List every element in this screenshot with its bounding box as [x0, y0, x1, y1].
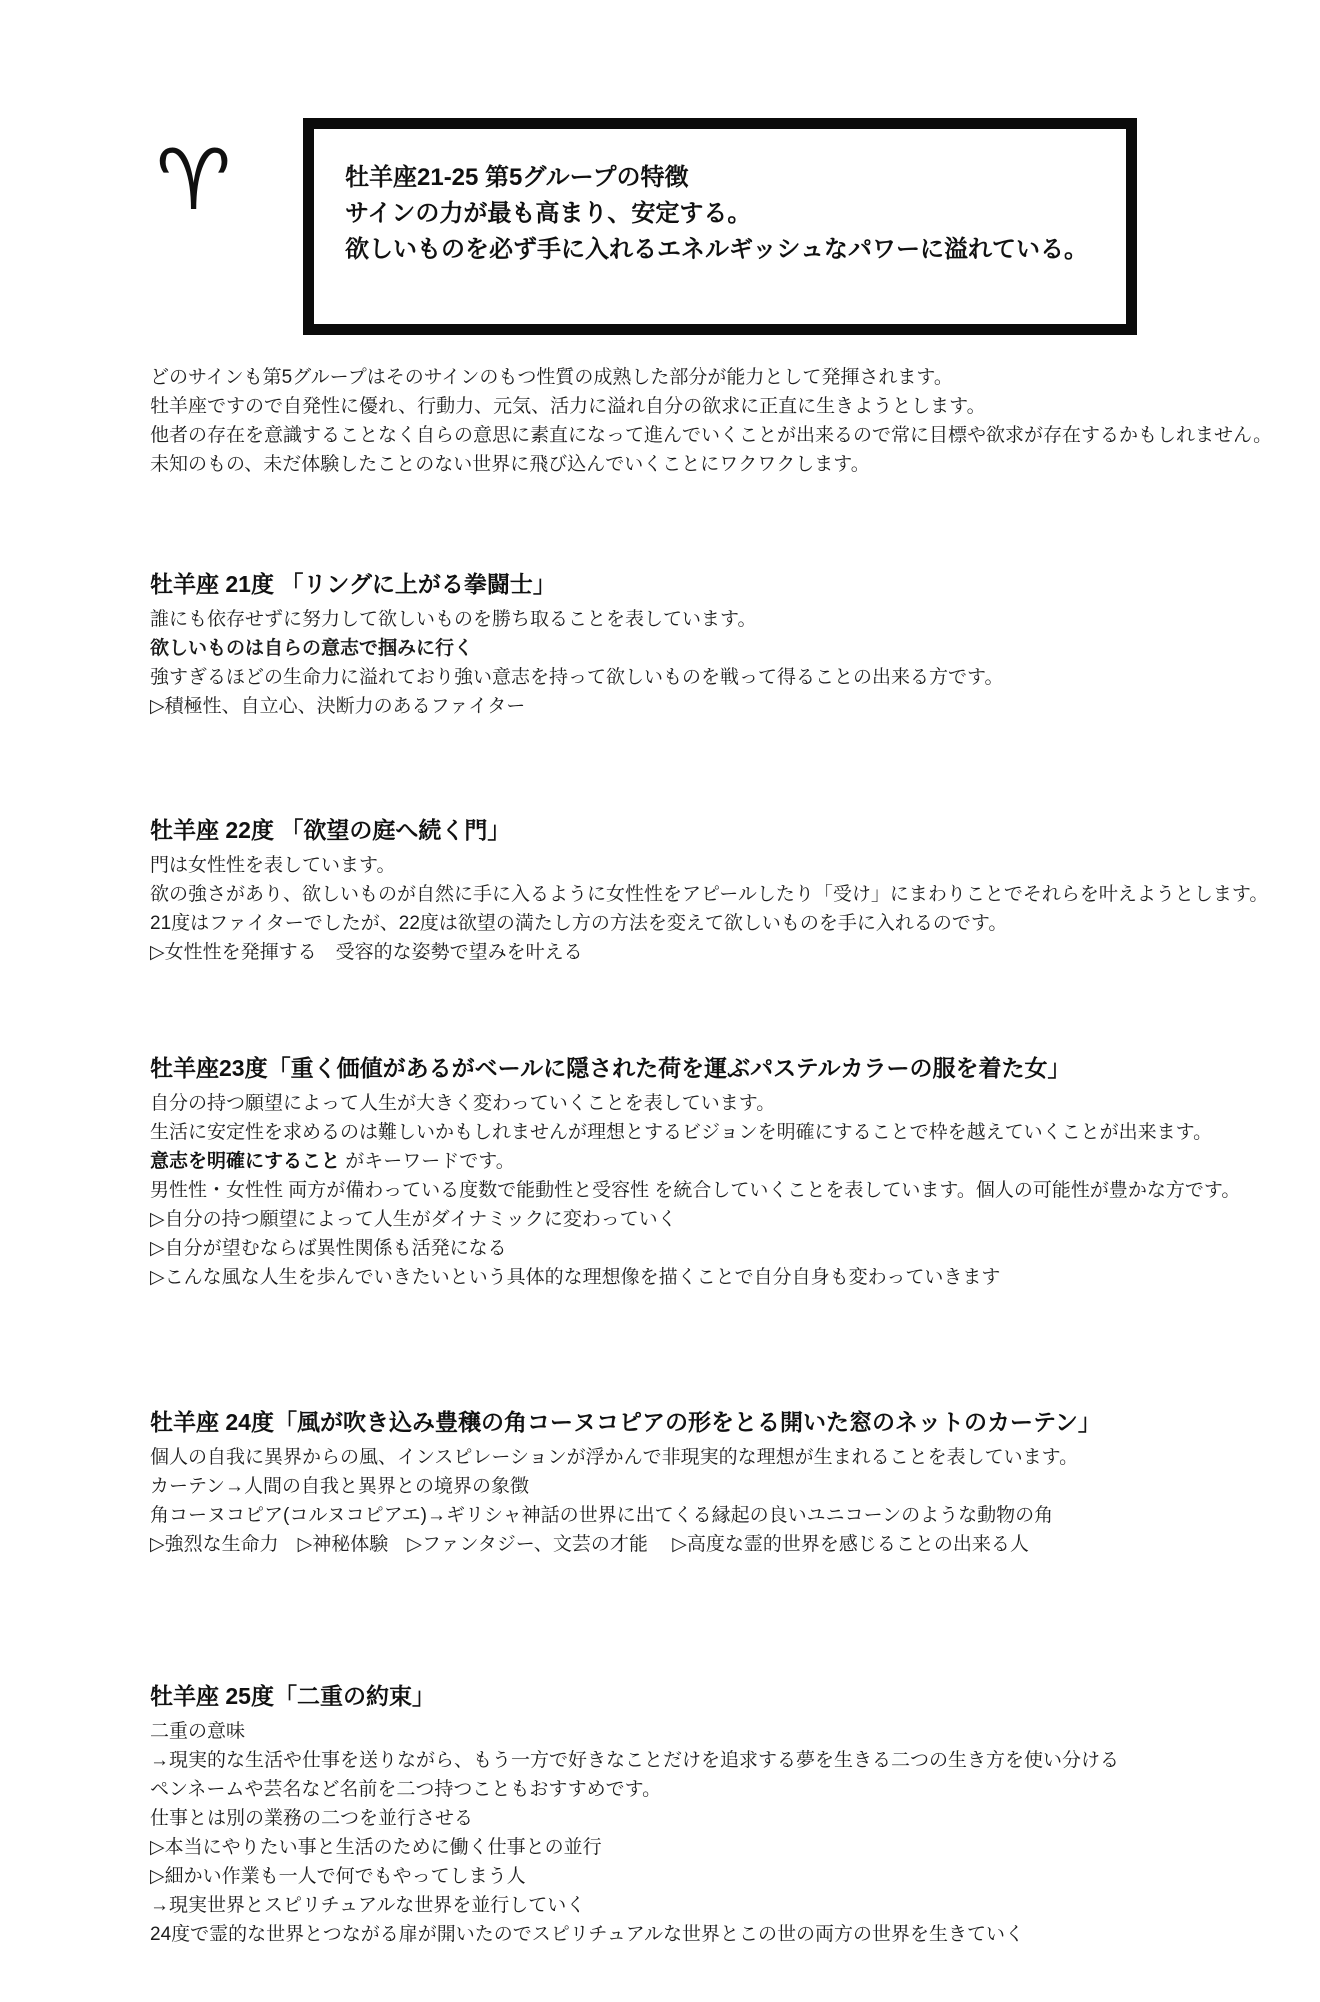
- section-line-bold: 欲しいものは自らの意志で掴みに行く: [150, 634, 1003, 663]
- keyword-bold-text: 意志を明確にすること: [150, 1151, 340, 1172]
- section-aries-25: 牡羊座 25度「二重の約束」 二重の意味 →現実的な生活や仕事を送りながら、もう…: [150, 1682, 1119, 1949]
- section-line: ▷自分の持つ願望によって人生がダイナミックに変わっていく: [150, 1205, 1240, 1234]
- aries-icon: ♈: [156, 138, 231, 222]
- section-line: 強すぎるほどの生命力に溢れており強い意志を持って欲しいものを戦って得ることの出来…: [150, 663, 1003, 692]
- section-aries-22: 牡羊座 22度 「欲望の庭へ続く門」 門は女性性を表しています。 欲の強さがあり…: [150, 816, 1268, 967]
- section-heading: 牡羊座 24度「風が吹き込み豊穣の角コーヌコピアの形をとる開いた窓のネットのカー…: [150, 1408, 1101, 1437]
- section-line-mixed: 意志を明確にすること がキーワードです。: [150, 1147, 1240, 1176]
- intro-line: 牡羊座ですので自発性に優れ、行動力、元気、活力に溢れ自分の欲求に正直に生きようと…: [150, 392, 1272, 421]
- section-line: ▷積極性、自立心、決断力のあるファイター: [150, 692, 1003, 721]
- section-line: カーテン→人間の自我と異界との境界の象徴: [150, 1472, 1101, 1501]
- section-line: 生活に安定性を求めるのは難しいかもしれませんが理想とするビジョンを明確にすること…: [150, 1118, 1240, 1147]
- section-line: 24度で霊的な世界とつながる扉が開いたのでスピリチュアルな世界とこの世の両方の世…: [150, 1920, 1119, 1949]
- section-aries-24: 牡羊座 24度「風が吹き込み豊穣の角コーヌコピアの形をとる開いた窓のネットのカー…: [150, 1408, 1101, 1559]
- section-line: 男性性・女性性 両方が備わっている度数で能動性と受容性 を統合していくことを表し…: [150, 1176, 1240, 1205]
- header-line: 欲しいものを必ず手に入れるエネルギッシュなパワーに溢れている。: [345, 232, 1116, 268]
- section-line: ペンネームや芸名など名前を二つ持つこともおすすめです。: [150, 1775, 1119, 1804]
- section-line: →現実的な生活や仕事を送りながら、もう一方で好きなことだけを追求する夢を生きる二…: [150, 1746, 1119, 1775]
- header-line: サインの力が最も高まり、安定する。: [345, 196, 1116, 232]
- section-heading: 牡羊座 25度「二重の約束」: [150, 1682, 1119, 1711]
- section-line: 欲の強さがあり、欲しいものが自然に手に入るように女性性をアピールしたり「受け」に…: [150, 880, 1268, 909]
- section-line: 自分の持つ願望によって人生が大きく変わっていくことを表しています。: [150, 1089, 1240, 1118]
- intro-line: どのサインも第5グループはそのサインのもつ性質の成熟した部分が能力として発揮され…: [150, 363, 1272, 392]
- section-line: 誰にも依存せずに努力して欲しいものを勝ち取ることを表しています。: [150, 605, 1003, 634]
- section-heading: 牡羊座23度「重く価値があるがベールに隠された荷を運ぶパステルカラーの服を着た女…: [150, 1054, 1240, 1083]
- intro-line: 未知のもの、未だ体験したことのない世界に飛び込んでいくことにワクワクします。: [150, 450, 1272, 479]
- document-page: ♈ 牡羊座21-25 第5グループの特徴 サインの力が最も高まり、安定する。 欲…: [0, 0, 1320, 2002]
- section-line: 角コーヌコピア(コルヌコピアエ)→ギリシャ神話の世界に出てくる縁起の良いユニコー…: [150, 1501, 1101, 1530]
- header-box: 牡羊座21-25 第5グループの特徴 サインの力が最も高まり、安定する。 欲しい…: [303, 118, 1137, 335]
- section-line: 門は女性性を表しています。: [150, 851, 1268, 880]
- header-line: 牡羊座21-25 第5グループの特徴: [345, 160, 1116, 196]
- section-line: 21度はファイターでしたが、22度は欲望の満たし方の方法を変えて欲しいものを手に…: [150, 909, 1268, 938]
- section-heading: 牡羊座 22度 「欲望の庭へ続く門」: [150, 816, 1268, 845]
- section-line: 二重の意味: [150, 1717, 1119, 1746]
- intro-paragraph: どのサインも第5グループはそのサインのもつ性質の成熟した部分が能力として発揮され…: [150, 363, 1272, 479]
- section-line: ▷自分が望むならば異性関係も活発になる: [150, 1234, 1240, 1263]
- section-aries-21: 牡羊座 21度 「リングに上がる拳闘士」 誰にも依存せずに努力して欲しいものを勝…: [150, 570, 1003, 721]
- section-aries-23: 牡羊座23度「重く価値があるがベールに隠された荷を運ぶパステルカラーの服を着た女…: [150, 1054, 1240, 1292]
- intro-line: 他者の存在を意識することなく自らの意思に素直になって進んでいくことが出来るので常…: [150, 421, 1272, 450]
- section-line: ▷こんな風な人生を歩んでいきたいという具体的な理想像を描くことで自分自身も変わっ…: [150, 1263, 1240, 1292]
- section-line: →現実世界とスピリチュアルな世界を並行していく: [150, 1891, 1119, 1920]
- section-line: ▷細かい作業も一人で何でもやってしまう人: [150, 1862, 1119, 1891]
- section-line: ▷本当にやりたい事と生活のために働く仕事との並行: [150, 1833, 1119, 1862]
- section-heading: 牡羊座 21度 「リングに上がる拳闘士」: [150, 570, 1003, 599]
- section-line: ▷強烈な生命力 ▷神秘体験 ▷ファンタジー、文芸の才能 ▷高度な霊的世界を感じる…: [150, 1530, 1101, 1559]
- section-line: 個人の自我に異界からの風、インスピレーションが浮かんで非現実的な理想が生まれるこ…: [150, 1443, 1101, 1472]
- section-line: 仕事とは別の業務の二つを並行させる: [150, 1804, 1119, 1833]
- keyword-rest-text: がキーワードです。: [340, 1151, 515, 1172]
- section-line: ▷女性性を発揮する 受容的な姿勢で望みを叶える: [150, 938, 1268, 967]
